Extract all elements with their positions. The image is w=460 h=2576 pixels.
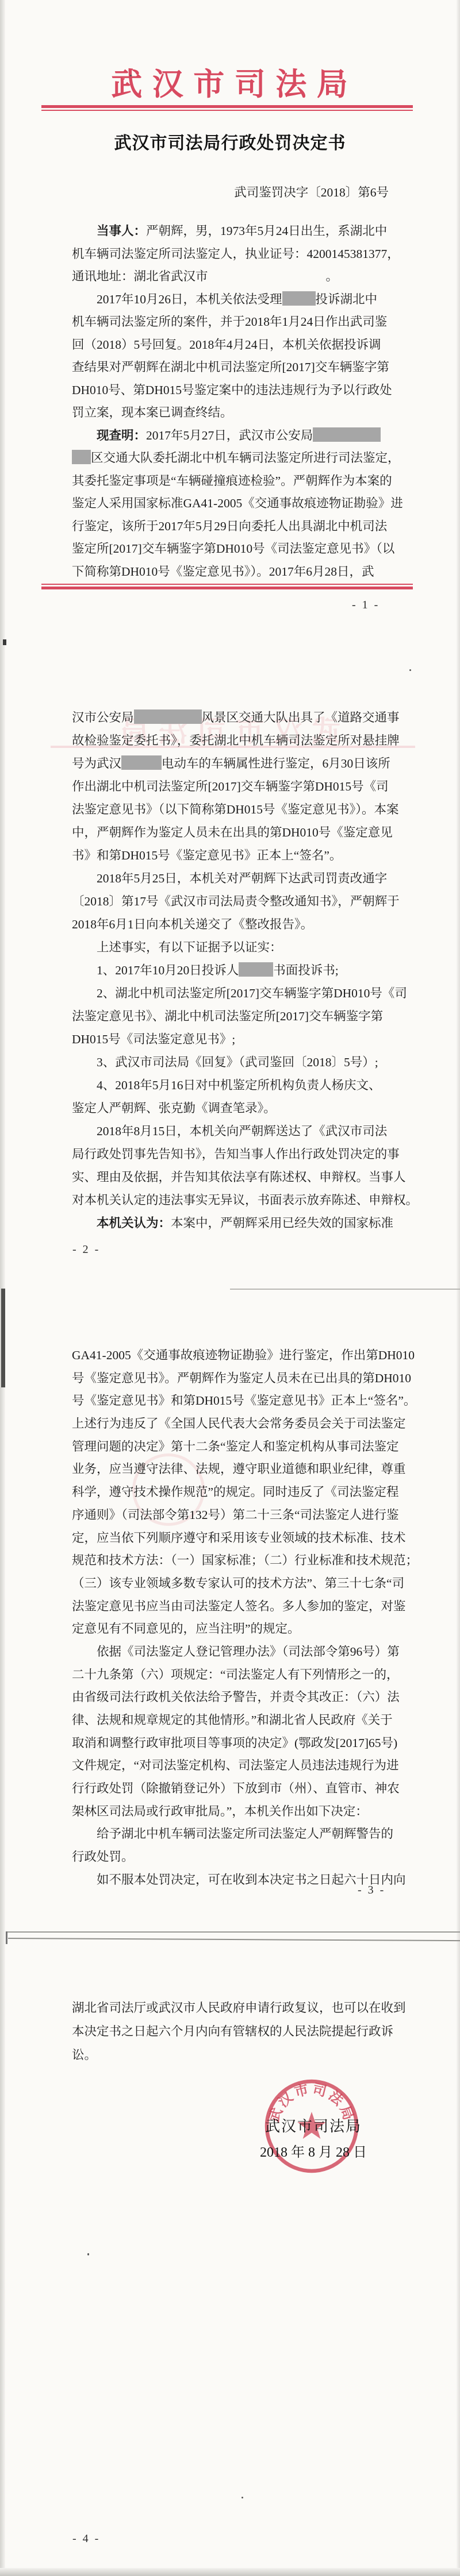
document-line: 2018年6月1日向本机关递交了《整改报告》。 bbox=[72, 913, 417, 936]
document-line: 鉴定人采用国家标准GA41-2005《交通事故痕迹物证勘验》进 bbox=[72, 492, 417, 515]
scan-speck bbox=[87, 2253, 89, 2255]
document-line: 由省级司法行政机关依法给予警告，并责令其改正：（六）法 bbox=[72, 1686, 417, 1709]
text-segment: 架林区司法局或行政审批局。”，本机关作出如下决定： bbox=[72, 1804, 368, 1818]
document-line: 回（2018）5号回复。2018年4月24日，本机关依据投诉调 bbox=[72, 334, 417, 357]
text-segment: 通讯地址：湖北省武汉市 bbox=[72, 269, 208, 283]
document-line: 业务，应当遵守法律、法规，遵守职业道德和职业纪律，尊重 bbox=[72, 1458, 417, 1481]
text-segment: 作出湖北中机司法鉴定所[2017]交车辆鉴字第DH015号《司 bbox=[72, 780, 389, 793]
document-line: 行行政处罚（除撤销登记外）下放到市（州）、直管市、神农 bbox=[72, 1777, 417, 1800]
text-segment: 讼。 bbox=[72, 2048, 97, 2062]
redaction-box bbox=[134, 709, 202, 724]
text-segment: 法鉴定意见书应当由司法鉴定人签名。多人参加的鉴定，对鉴 bbox=[72, 1599, 406, 1613]
scan-speck bbox=[241, 2497, 243, 2498]
scan-right-edge bbox=[457, 0, 460, 2576]
document-line: 科学，遵守技术操作规范”的规定。同时违反了《司法鉴定程 bbox=[72, 1481, 417, 1504]
text-segment: 故检验鉴定委托书》，委托湖北中机车辆司法鉴定所对悬挂牌 bbox=[72, 734, 400, 747]
text-segment: 规范和技术方法：（一）国家标准；（二）行业标准和技术规范； bbox=[72, 1553, 418, 1567]
text-segment: 投诉湖北中 bbox=[316, 292, 378, 306]
text-segment: 科学，遵守技术操作规范”的规定。同时违反了《司法鉴定程 bbox=[72, 1485, 399, 1499]
page4-boundary-bracket bbox=[6, 1931, 7, 1944]
document-line: 书》和第DH015号《鉴定意见书》正本上“签名”。 bbox=[72, 844, 417, 867]
document-line: 4、2018年5月16日对中机鉴定所机构负责人杨庆文、 bbox=[72, 1074, 417, 1097]
text-segment: 罚立案，现本案已调查终结。 bbox=[72, 406, 233, 419]
text-segment: 定，应当依下列顺序遵守和采用该专业领域的技术标准、技术 bbox=[72, 1531, 406, 1545]
page-4-text: 湖北省司法厅或武汉市人民政府申请行政复议，也可以在收到本决定书之日起六个月内向有… bbox=[72, 1996, 417, 2067]
text-segment: 查结果对严朝辉在湖北中机司法鉴定所[2017]交车辆鉴字第 bbox=[72, 360, 389, 374]
text-segment: 定意见有不同意见的，应当注明”的规定。 bbox=[72, 1622, 300, 1636]
document-line: 依据《司法鉴定人登记管理办法》（司法部令第96号）第 bbox=[72, 1641, 417, 1664]
text-segment: 对本机关认定的违法事实无异议，书面表示放弃陈述、申辩权。 bbox=[72, 1193, 418, 1207]
document-line: 区交通大队委托湖北中机车辆司法鉴定所进行司法鉴定， bbox=[72, 447, 417, 470]
text-segment: 湖北省司法厅或武汉市人民政府申请行政复议，也可以在收到 bbox=[72, 2001, 406, 2015]
document-line: 取消和调整行政审批项目等事项的决定》(鄂政发[2017]65号) bbox=[72, 1732, 417, 1755]
text-segment: 依据《司法鉴定人登记管理办法》（司法部令第96号）第 bbox=[97, 1645, 400, 1659]
text-segment: 2018年5月25日，本机关对严朝辉下达武司罚责改通字 bbox=[97, 871, 387, 885]
text-segment: GA41-2005《交通事故痕迹物证勘验》进行鉴定，作出第DH010 bbox=[72, 1348, 415, 1362]
document-line: 上述事实，有以下证据予以证实： bbox=[72, 936, 417, 959]
document-line: （三）该专业领域多数专家认可的技术方法”、第三十七条“司 bbox=[72, 1572, 417, 1595]
document-line: 现查明：2017年5月27日，武汉市公安局 bbox=[72, 425, 417, 448]
text-segment: DH015号《司法鉴定意见书》; bbox=[72, 1032, 235, 1046]
document-line: 法鉴定意见书应当由司法鉴定人签名。多人参加的鉴定，对鉴 bbox=[72, 1595, 417, 1618]
redaction-box bbox=[313, 427, 381, 442]
letterhead-rule-thick bbox=[41, 105, 413, 108]
scan-left-edge bbox=[0, 0, 5, 2576]
redaction-box bbox=[72, 450, 91, 464]
text-segment: 鉴定所[2017]交车辆鉴字第DH010号《司法鉴定意见书》（以 bbox=[72, 542, 394, 556]
page-number: - 2 - bbox=[72, 1243, 100, 1256]
text-segment: 行行政处罚（除撤销登记外）下放到市（州）、直管市、神农 bbox=[72, 1781, 400, 1795]
document-line: 2017年10月26日，本机关依法受理投诉湖北中 bbox=[72, 288, 417, 311]
scan-speck bbox=[130, 75, 132, 76]
document-line: 1、2017年10月20日投诉人书面投诉书; bbox=[72, 959, 417, 982]
scan-speck-mark bbox=[3, 639, 6, 645]
document-line: 对本机关认定的违法事实无异议，书面表示放弃陈述、申辩权。 bbox=[72, 1189, 417, 1212]
scanned-document: 武 汉 市 司 法 局 武汉市司法局行政处罚决定书 武司鉴罚决字〔2018〕第6… bbox=[0, 0, 460, 2576]
page4-boundary-line-2 bbox=[8, 1938, 460, 1941]
text-segment: 由省级司法行政机关依法给予警告，并责令其改正：（六）法 bbox=[72, 1690, 400, 1704]
document-line: 二十九条第（六）项规定：“司法鉴定人有下列情形之一的， bbox=[72, 1664, 417, 1687]
text-segment: 书面投诉书; bbox=[273, 963, 338, 977]
text-segment: 2017年5月27日，武汉市公安局 bbox=[146, 429, 313, 442]
document-line: 罚立案，现本案已调查终结。 bbox=[72, 402, 417, 425]
document-line: 号《鉴定意见书》。严朝辉作为鉴定人员未在已出具的第DH010 bbox=[72, 1367, 417, 1390]
text-segment: 本决定书之日起六个月内向有管辖权的人民法院提起行政诉 bbox=[72, 2024, 393, 2038]
document-line: 2018年5月25日，本机关对严朝辉下达武司罚责改通字 bbox=[72, 867, 417, 890]
text-segment: 机车辆司法鉴定所司法鉴定人，执业证号：4200145381377， bbox=[72, 247, 400, 261]
text-segment: 1、2017年10月20日投诉人 bbox=[97, 963, 239, 977]
page-number: - 3 - bbox=[358, 1884, 385, 1897]
document-line: 2、湖北中机司法鉴定所[2017]交车辆鉴字第DH010号《司 bbox=[72, 982, 417, 1005]
text-segment: 鉴定人严朝辉、张克勤《调查笔录》。 bbox=[72, 1101, 276, 1115]
text-segment: 法鉴定意见书》、湖北中机司法鉴定所[2017]交车辆鉴字第 bbox=[72, 1009, 383, 1023]
text-segment: 电动车的车辆属性进行鉴定，6月30日该所 bbox=[162, 757, 390, 770]
text-segment: 区交通大队委托湖北中机车辆司法鉴定所进行司法鉴定， bbox=[91, 451, 400, 465]
text-segment: 法鉴定意见书》（以下简称第DH015号《鉴定意见书》）。本案 bbox=[72, 803, 399, 816]
document-line: 鉴定所[2017]交车辆鉴字第DH010号《司法鉴定意见书》（以 bbox=[72, 538, 417, 561]
text-segment: 当事人： bbox=[97, 224, 146, 238]
text-segment: DH010号、第DH015号鉴定案中的违法违规行为予以行政处 bbox=[72, 383, 392, 397]
text-segment: 上述行为违反了《全国人民代表大会常务委员会关于司法鉴定 bbox=[72, 1417, 406, 1430]
text-segment: 鉴定人采用国家标准GA41-2005《交通事故痕迹物证勘验》进 bbox=[72, 496, 403, 510]
agency-letterhead: 武 汉 市 司 法 局 bbox=[0, 60, 460, 104]
document-line: 查结果对严朝辉在湖北中机司法鉴定所[2017]交车辆鉴字第 bbox=[72, 356, 417, 379]
text-segment: 〔2018〕第17号《武汉市司法局责令整改通知书》，严朝辉于 bbox=[72, 894, 400, 908]
text-segment: 3、武汉市司法局《回复》（武司鉴回〔2018〕5号）; bbox=[97, 1055, 378, 1069]
page-2-text: 汉市公安局风景区交通大队出具了《道路交通事故检验鉴定委托书》，委托湖北中机车辆司… bbox=[72, 706, 417, 1235]
document-line: 其委托鉴定事项是“车辆碰撞痕迹检验”。严朝辉作为本案的 bbox=[72, 470, 417, 493]
document-line: 鉴定人严朝辉、张克勤《调查笔录》。 bbox=[72, 1097, 417, 1120]
text-segment: 严朝辉，男，1973年5月24日出生，系湖北中 bbox=[146, 224, 387, 238]
text-segment: 律、法规和规章规定的其他情形。”和湖北省人民政府《关于 bbox=[72, 1713, 393, 1727]
text-segment: 2018年8月15日，本机关向严朝辉送达了《武汉市司法 bbox=[97, 1124, 387, 1138]
document-line: 法鉴定意见书》（以下简称第DH015号《鉴定意见书》）。本案 bbox=[72, 798, 417, 821]
document-line: 3、武汉市司法局《回复》（武司鉴回〔2018〕5号）; bbox=[72, 1051, 417, 1074]
text-segment: 号《鉴定意见书》。严朝辉作为鉴定人员未在已出具的第DH010 bbox=[72, 1371, 411, 1385]
document-line: 机车辆司法鉴定所的案件，并于2018年1月24日作出武司鉴 bbox=[72, 311, 417, 334]
text-segment: （三）该专业领域多数专家认可的技术方法”、第三十七条“司 bbox=[72, 1576, 404, 1590]
text-segment: 4、2018年5月16日对中机鉴定所机构负责人杨庆文、 bbox=[97, 1078, 381, 1092]
page-3-text: GA41-2005《交通事故痕迹物证勘验》进行鉴定，作出第DH010号《鉴定意见… bbox=[72, 1344, 417, 1892]
text-segment: 汉市公安局 bbox=[72, 711, 134, 724]
document-line: 实、理由及依据，并告知其依法享有陈述权、申辩权。当事人 bbox=[72, 1166, 417, 1189]
text-segment: 二十九条第（六）项规定：“司法鉴定人有下列情形之一的， bbox=[72, 1668, 399, 1682]
document-line: 机车辆司法鉴定所司法鉴定人，执业证号：4200145381377， bbox=[72, 243, 417, 266]
text-segment: 下简称第DH010号《鉴定意见书》）。2017年6月28日，武 bbox=[72, 565, 374, 579]
text-segment: 本机关认为： bbox=[97, 1216, 171, 1230]
document-number: 武司鉴罚决字〔2018〕第6号 bbox=[234, 183, 389, 200]
text-segment: 本案中，严朝辉采用已经失效的国家标准 bbox=[171, 1216, 393, 1230]
document-line: DH010号、第DH015号鉴定案中的违法违规行为予以行政处 bbox=[72, 379, 417, 402]
text-segment: 。 bbox=[326, 269, 339, 283]
page1-footer-rule-thin bbox=[41, 584, 413, 585]
document-line: 讼。 bbox=[72, 2043, 417, 2067]
text-segment: 回（2018）5号回复。2018年4月24日，本机关依据投诉调 bbox=[72, 338, 381, 352]
text-segment: 风景区交通大队出具了《道路交通事 bbox=[202, 711, 400, 724]
text-segment: 中，严朝辉作为鉴定人员未在出具的第DH010号《鉴定意见 bbox=[72, 826, 393, 839]
scan-bottom-edge bbox=[0, 2568, 460, 2576]
document-line: 律、法规和规章规定的其他情形。”和湖北省人民政府《关于 bbox=[72, 1709, 417, 1732]
text-segment: 2、湖北中机司法鉴定所[2017]交车辆鉴字第DH010号《司 bbox=[97, 986, 407, 1000]
document-line: 上述行为违反了《全国人民代表大会常务委员会关于司法鉴定 bbox=[72, 1413, 417, 1436]
page3-top-scan-line bbox=[230, 1289, 460, 1290]
document-line: 局行政处罚事先告知书》，告知当事人作出行政处罚决定的事 bbox=[72, 1143, 417, 1166]
text-segment: 机车辆司法鉴定所的案件，并于2018年1月24日作出武司鉴 bbox=[72, 315, 387, 329]
redaction-box bbox=[239, 962, 273, 977]
document-line: 规范和技术方法：（一）国家标准；（二）行业标准和技术规范； bbox=[72, 1549, 417, 1572]
page-1-text: 当事人：严朝辉，男，1973年5月24日出生，系湖北中机车辆司法鉴定所司法鉴定人… bbox=[72, 220, 417, 583]
page4-boundary-line-1 bbox=[6, 1931, 460, 1933]
text-segment: 行鉴定，该所于2017年5月29日向委托人出具湖北中机司法 bbox=[72, 519, 387, 533]
text-segment: 实、理由及依据，并告知其依法享有陈述权、申辩权。当事人 bbox=[72, 1170, 406, 1184]
text-segment: 2017年10月26日，本机关依法受理 bbox=[97, 292, 282, 306]
signature-org: 武汉市司法局 bbox=[227, 2115, 400, 2136]
text-segment: 2018年6月1日向本机关递交了《整改报告》。 bbox=[72, 917, 313, 931]
text-segment: 现查明： bbox=[97, 429, 146, 442]
document-line: 号《鉴定意见书》和第DH015号《鉴定意见书》正本上“签名”。 bbox=[72, 1390, 417, 1413]
text-segment: 号为武汉 bbox=[72, 757, 121, 770]
document-line: 通讯地址：湖北省武汉市。 bbox=[72, 265, 417, 288]
document-line: 管理问题的决定》第十二条“鉴定人和鉴定机构从事司法鉴定 bbox=[72, 1436, 417, 1459]
text-segment: 局行政处罚事先告知书》，告知当事人作出行政处罚决定的事 bbox=[72, 1147, 400, 1161]
document-line: 〔2018〕第17号《武汉市司法局责令整改通知书》，严朝辉于 bbox=[72, 890, 417, 913]
scan-speck bbox=[409, 669, 411, 671]
document-line: 行政处罚。 bbox=[72, 1846, 417, 1869]
redaction-box bbox=[282, 291, 316, 306]
document-line: 号为武汉电动车的车辆属性进行鉴定，6月30日该所 bbox=[72, 752, 417, 775]
letterhead-rule-thin bbox=[41, 110, 413, 111]
redaction-box bbox=[121, 755, 162, 770]
text-segment: 书》和第DH015号《鉴定意见书》正本上“签名”。 bbox=[72, 849, 342, 862]
document-line: 2018年8月15日，本机关向严朝辉送达了《武汉市司法 bbox=[72, 1120, 417, 1143]
text-segment: 给予湖北中机车辆司法鉴定所司法鉴定人严朝辉警告的 bbox=[97, 1827, 393, 1841]
document-line: 本机关认为：本案中，严朝辉采用已经失效的国家标准 bbox=[72, 1212, 417, 1235]
document-line: 下简称第DH010号《鉴定意见书》）。2017年6月28日，武 bbox=[72, 561, 417, 584]
document-line: 当事人：严朝辉，男，1973年5月24日出生，系湖北中 bbox=[72, 220, 417, 243]
document-title: 武汉市司法局行政处罚决定书 bbox=[0, 129, 460, 154]
text-segment: 取消和调整行政审批项目等事项的决定》(鄂政发[2017]65号) bbox=[72, 1736, 397, 1750]
page-number: - 4 - bbox=[72, 2532, 100, 2546]
document-line: 架林区司法局或行政审批局。”，本机关作出如下决定： bbox=[72, 1800, 417, 1823]
text-segment: 其委托鉴定事项是“车辆碰撞痕迹检验”。严朝辉作为本案的 bbox=[72, 474, 392, 488]
signature-date: 2018 年 8 月 28 日 bbox=[227, 2141, 400, 2161]
text-segment: 管理问题的决定》第十二条“鉴定人和鉴定机构从事司法鉴定 bbox=[72, 1440, 399, 1453]
document-line: 给予湖北中机车辆司法鉴定所司法鉴定人严朝辉警告的 bbox=[72, 1823, 417, 1846]
document-line: 故检验鉴定委托书》，委托湖北中机车辆司法鉴定所对悬挂牌 bbox=[72, 729, 417, 752]
document-line: 本决定书之日起六个月内向有管辖权的人民法院提起行政诉 bbox=[72, 2020, 417, 2043]
document-line: GA41-2005《交通事故痕迹物证勘验》进行鉴定，作出第DH010 bbox=[72, 1344, 417, 1367]
text-segment: 业务，应当遵守法律、法规，遵守职业道德和职业纪律，尊重 bbox=[72, 1462, 406, 1476]
document-line: 定，应当依下列顺序遵守和采用该专业领域的技术标准、技术 bbox=[72, 1527, 417, 1550]
document-line: 湖北省司法厅或武汉市人民政府申请行政复议，也可以在收到 bbox=[72, 1996, 417, 2020]
text-segment: 号《鉴定意见书》和第DH015号《鉴定意见书》正本上“签名”。 bbox=[72, 1394, 416, 1407]
page3-left-scan-bar bbox=[1, 1289, 5, 1387]
document-line: DH015号《司法鉴定意见书》; bbox=[72, 1028, 417, 1051]
document-line: 序通则》（司法部令第132号）第二十三条“司法鉴定人进行鉴 bbox=[72, 1504, 417, 1527]
text-segment: 上述事实，有以下证据予以证实： bbox=[97, 940, 282, 954]
document-line: 法鉴定意见书》、湖北中机司法鉴定所[2017]交车辆鉴字第 bbox=[72, 1005, 417, 1028]
document-line: 中，严朝辉作为鉴定人员未在出具的第DH010号《鉴定意见 bbox=[72, 821, 417, 844]
text-segment: 行政处罚。 bbox=[72, 1850, 134, 1864]
document-line: 行鉴定，该所于2017年5月29日向委托人出具湖北中机司法 bbox=[72, 515, 417, 538]
document-line: 汉市公安局风景区交通大队出具了《道路交通事 bbox=[72, 706, 417, 729]
document-line: 作出湖北中机司法鉴定所[2017]交车辆鉴字第DH015号《司 bbox=[72, 775, 417, 798]
document-line: 定意见有不同意见的，应当注明”的规定。 bbox=[72, 1618, 417, 1641]
document-line: 文件规定，“对司法鉴定机构、司法鉴定人员违法违规行为进 bbox=[72, 1754, 417, 1777]
page-number: - 1 - bbox=[352, 599, 379, 612]
page1-footer-rule-thick bbox=[41, 587, 413, 589]
text-segment: 序通则》（司法部令第132号）第二十三条“司法鉴定人进行鉴 bbox=[72, 1508, 399, 1522]
text-segment: 文件规定，“对司法鉴定机构、司法鉴定人员违法违规行为进 bbox=[72, 1759, 399, 1772]
